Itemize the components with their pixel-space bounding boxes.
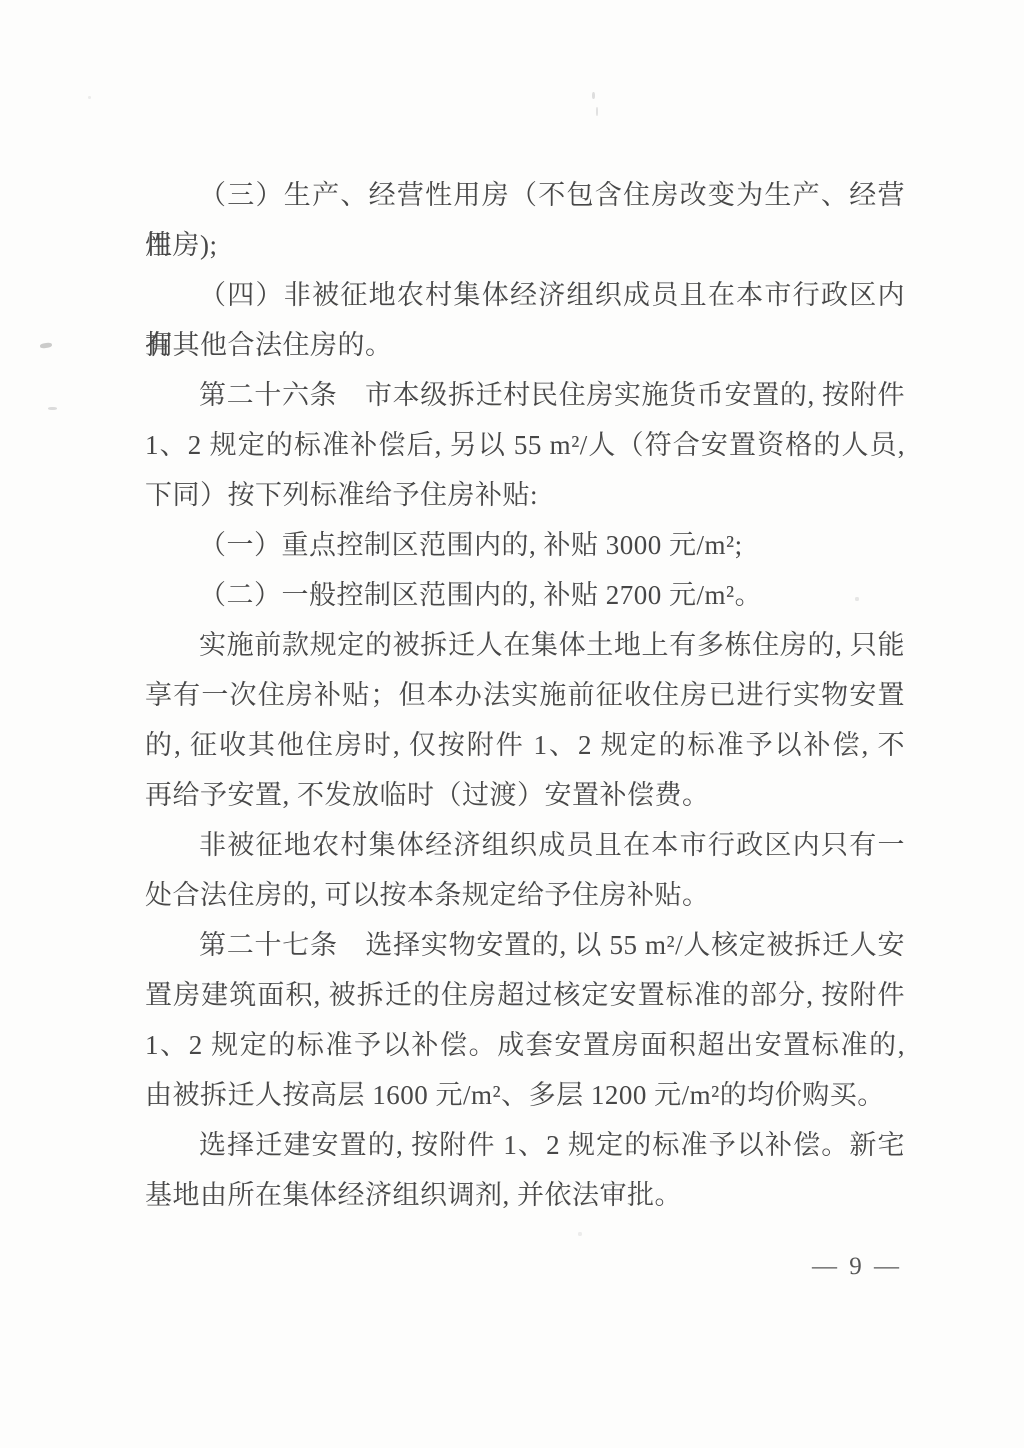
text-line: 再给予安置, 不发放临时（过渡）安置补偿费。 (145, 770, 905, 820)
scan-speck (596, 107, 598, 116)
scan-speck (855, 597, 859, 601)
text-line: 用房); (145, 220, 905, 270)
page: （三）生产、经营性用房（不包含住房改变为生产、经营性用房);（四）非被征地农村集… (0, 0, 1024, 1448)
text-line: （三）生产、经营性用房（不包含住房改变为生产、经营性 (145, 170, 905, 220)
text-line: 第二十六条 市本级拆迁村民住房实施货币安置的, 按附件 (145, 370, 905, 420)
text-line: 处合法住房的, 可以按本条规定给予住房补贴。 (145, 870, 905, 920)
scan-speck (578, 1232, 582, 1236)
page-number: — 9 — (812, 1252, 902, 1282)
text-line: 下同）按下列标准给予住房补贴: (145, 470, 905, 520)
text-line: 1、2 规定的标准补偿后, 另以 55 m²/人（符合安置资格的人员, (145, 420, 905, 470)
text-line: 第二十七条 选择实物安置的, 以 55 m²/人核定被拆迁人安 (145, 920, 905, 970)
scan-speck (592, 92, 595, 99)
text-line: 置房建筑面积, 被拆迁的住房超过核定安置标准的部分, 按附件 (145, 970, 905, 1020)
text-line: 1、2 规定的标准予以补偿。成套安置房面积超出安置标准的, (145, 1020, 905, 1070)
scan-speck (48, 407, 57, 410)
text-line: （一）重点控制区范围内的, 补贴 3000 元/m²; (145, 520, 905, 570)
text-line: 的, 征收其他住房时, 仅按附件 1、2 规定的标准予以补偿, 不 (145, 720, 905, 770)
scan-speck (40, 342, 53, 349)
text-line: 基地由所在集体经济组织调剂, 并依法审批。 (145, 1170, 905, 1220)
text-line: （四）非被征地农村集体经济组织成员且在本市行政区内拥 (145, 270, 905, 320)
text-line: 享有一次住房补贴；但本办法实施前征收住房已进行实物安置 (145, 670, 905, 720)
text-line: 选择迁建安置的, 按附件 1、2 规定的标准予以补偿。新宅 (145, 1120, 905, 1170)
text-line: 非被征地农村集体经济组织成员且在本市行政区内只有一 (145, 820, 905, 870)
text-line: 实施前款规定的被拆迁人在集体土地上有多栋住房的, 只能 (145, 620, 905, 670)
text-line: （二）一般控制区范围内的, 补贴 2700 元/m²。 (145, 570, 905, 620)
document-body: （三）生产、经营性用房（不包含住房改变为生产、经营性用房);（四）非被征地农村集… (145, 170, 905, 1220)
scan-speck (88, 96, 91, 99)
text-line: 有其他合法住房的。 (145, 320, 905, 370)
text-line: 由被拆迁人按高层 1600 元/m²、多层 1200 元/m²的均价购买。 (145, 1070, 905, 1120)
